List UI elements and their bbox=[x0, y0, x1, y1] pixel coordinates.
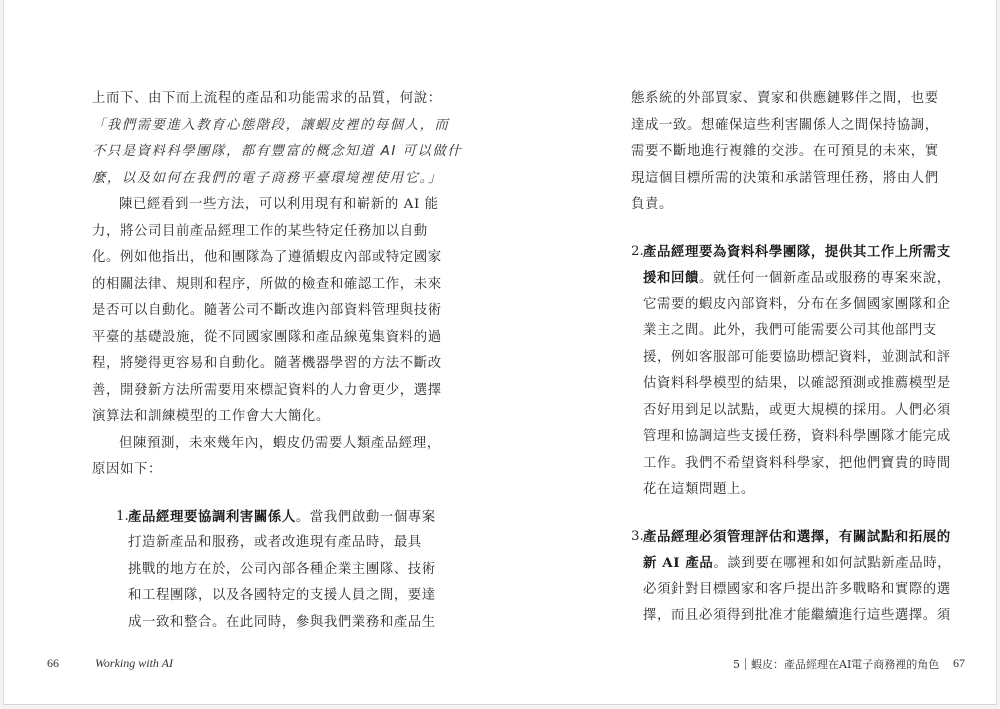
text-line: 和工程團隊，以及各國特定的支援人員之間，要達 bbox=[128, 583, 408, 610]
right-page-body: 態系統的外部買家、賣家和供應鏈夥伴之間，也要 達成一致。想確保這些利害關係人之間… bbox=[631, 86, 923, 630]
text-line: 平臺的基礎設施，從不同國家團隊和產品線蒐集資料的過 bbox=[92, 325, 408, 352]
text-line: 程，將變得更容易和自動化。隨著機器學習的方法不斷改 bbox=[92, 351, 408, 378]
list-item-2: 2. 產品經理要為資料科學團隊，提供其工作上所需支 援和回饋。就任何一個新產品或… bbox=[643, 239, 923, 504]
text-line: 它需要的蝦皮內部資料，分布在多個國家團隊和企 bbox=[643, 292, 923, 319]
running-head-left: Working with AI bbox=[95, 656, 173, 671]
text-line: 是否可以自動化。隨著公司不斷改進內部資料管理與技術 bbox=[92, 298, 408, 325]
divider bbox=[745, 658, 746, 670]
list-item-text: 。就任何一個新產品或服務的專案來說， bbox=[699, 271, 951, 286]
text-line: 業主之間。此外，我們可能需要公司其他部門支 bbox=[643, 318, 923, 345]
text-line: 援和回饋。就任何一個新產品或服務的專案來說， bbox=[643, 265, 923, 292]
page-number-left: 66 bbox=[47, 656, 59, 671]
text-line: 現這個目標所需的決策和承諾管理任務，將由人們 bbox=[631, 166, 923, 193]
list-item-text: 。當我們啟動一個專案 bbox=[296, 510, 436, 525]
list-item-1: 1. 產品經理要協調利害關係人。當我們啟動一個專案 打造新產品和服務，或者改進現… bbox=[128, 504, 408, 637]
book-spread: 上而下、由下而上流程的產品和功能需求的品質，何說： 「我們需要進入教育心態階段，… bbox=[3, 0, 997, 705]
text-line: 善，開發新方法所需要用來標記資料的人力會更少，選擇 bbox=[92, 378, 408, 405]
text-line: 成一致和整合。在此同時，參與我們業務和產品生 bbox=[128, 610, 408, 637]
paragraph-start-line: 但陳預測，未來幾年內，蝦皮仍需要人類產品經理， bbox=[92, 431, 408, 458]
list-item-heading: 產品經理必須管理評估和選擇，有關試點和拓展的 bbox=[643, 524, 923, 551]
text-line: 擇，而且必須得到批准才能繼續進行這些選擇。須 bbox=[643, 603, 923, 630]
text-line: 新 AI 產品。談到要在哪裡和如何試點新產品時， bbox=[643, 550, 923, 577]
text-line: 否好用到足以試點，或更大規模的採用。人們必須 bbox=[643, 398, 923, 425]
text-line: 上而下、由下而上流程的產品和功能需求的品質，何說： bbox=[92, 86, 408, 113]
spacer bbox=[631, 504, 923, 524]
right-page: 態系統的外部買家、賣家和供應鏈夥伴之間，也要 達成一致。想確保這些利害關係人之間… bbox=[501, 0, 998, 705]
text-line: 產品經理要協調利害關係人。當我們啟動一個專案 bbox=[128, 504, 408, 531]
list-item-3: 3. 產品經理必須管理評估和選擇，有關試點和拓展的 新 AI 產品。談到要在哪裡… bbox=[643, 524, 923, 630]
list-item-heading: 產品經理要協調利害關係人 bbox=[128, 509, 296, 525]
list-number: 1. bbox=[116, 504, 129, 531]
text-line: 力，將公司目前產品經理工作的某些特定任務加以自動 bbox=[92, 219, 408, 246]
text-line: 必須針對目標國家和客戶提出許多戰略和實際的選 bbox=[643, 577, 923, 604]
text-line: 工作。我們不希望資料科學家，把他們寶貴的時間 bbox=[643, 451, 923, 478]
list-item-text: 。談到要在哪裡和如何試點新產品時， bbox=[713, 556, 951, 571]
list-item-heading: 產品經理要為資料科學團隊，提供其工作上所需支 bbox=[643, 239, 923, 266]
list-number: 2. bbox=[631, 239, 644, 266]
left-page: 上而下、由下而上流程的產品和功能需求的品質，何說： 「我們需要進入教育心態階段，… bbox=[4, 0, 501, 705]
page-number-right: 67 bbox=[953, 656, 965, 671]
text-line: 估資料科學模型的結果，以確認預測或推薦模型是 bbox=[643, 371, 923, 398]
text-line: 態系統的外部買家、賣家和供應鏈夥伴之間，也要 bbox=[631, 86, 923, 113]
list-item-heading: 援和回饋 bbox=[643, 270, 699, 286]
list-item-heading: 新 AI 產品 bbox=[643, 555, 713, 571]
text-line: 花在這類問題上。 bbox=[643, 477, 923, 504]
quote-line: 麼，以及如何在我們的電子商務平臺環境裡使用它。」 bbox=[92, 166, 408, 193]
chapter-title: 蝦皮：產品經理在AI電子商務裡的角色 bbox=[751, 658, 939, 671]
paragraph-start-line: 陳已經看到一些方法，可以利用現有和嶄新的 AI 能 bbox=[92, 192, 408, 219]
text-line: 管理和協調這些支援任務，資料科學團隊才能完成 bbox=[643, 424, 923, 451]
text-line: 需要不斷地進行複雜的交涉。在可預見的未來，實 bbox=[631, 139, 923, 166]
text-line: 原因如下： bbox=[92, 457, 408, 484]
running-head-right: 5蝦皮：產品經理在AI電子商務裡的角色 bbox=[733, 656, 939, 672]
text-line: 達成一致。想確保這些利害關係人之間保持協調， bbox=[631, 113, 923, 140]
text-line: 的相關法律、規則和程序，所做的檢查和確認工作，未來 bbox=[92, 272, 408, 299]
text-line: 挑戰的地方在於，公司內部各種企業主團隊、技術 bbox=[128, 557, 408, 584]
text-line: 打造新產品和服務，或者改進現有產品時，最具 bbox=[128, 530, 408, 557]
text-line: 援，例如客服部可能要協助標記資料，並測試和評 bbox=[643, 345, 923, 372]
text-line: 化。例如他指出，他和團隊為了遵循蝦皮內部或特定國家 bbox=[92, 245, 408, 272]
chapter-number: 5 bbox=[733, 658, 740, 671]
quote-line: 「我們需要進入教育心態階段，讓蝦皮裡的每個人，而 bbox=[92, 113, 408, 140]
spacer bbox=[92, 484, 408, 504]
text-line: 演算法和訓練模型的工作會大大簡化。 bbox=[92, 404, 408, 431]
text-line: 負責。 bbox=[631, 192, 923, 219]
spacer bbox=[631, 219, 923, 239]
quote-line: 不只是資料科學團隊，都有豐富的概念知道 AI 可以做什 bbox=[92, 139, 408, 166]
list-number: 3. bbox=[631, 524, 644, 551]
left-page-body: 上而下、由下而上流程的產品和功能需求的品質，何說： 「我們需要進入教育心態階段，… bbox=[92, 86, 408, 636]
